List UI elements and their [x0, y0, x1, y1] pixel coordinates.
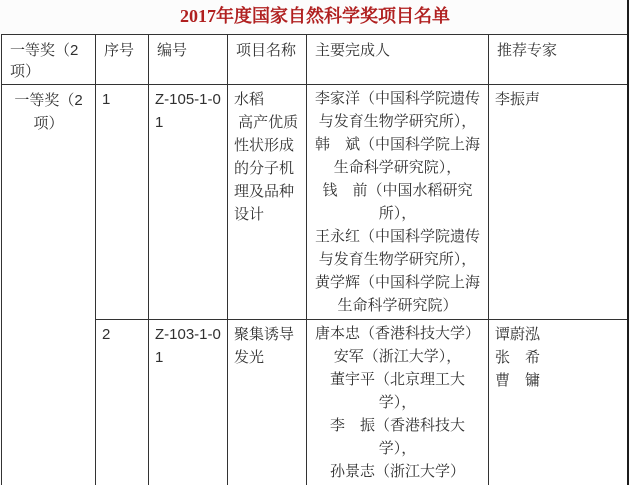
cell-row1-contributors: 李家洋（中国科学院遗传 与发育生物学研究所）， 韩 斌（中国科学院上海 生命科学…: [307, 85, 489, 320]
header-contributors: 主要完成人: [307, 35, 489, 85]
cell-row1-seq: 1: [96, 85, 149, 320]
cell-row2-project: 聚集诱导 发光: [228, 320, 307, 485]
cell-row1-project: 水稻 高产优质 性状形成 的分子机 理及品种 设计: [228, 85, 307, 320]
header-seq: 序号: [96, 35, 149, 85]
header-recommenders: 推荐专家: [489, 35, 629, 85]
cell-row2-code: Z-103-1-0 1: [149, 320, 228, 485]
right-edge-line: [627, 0, 629, 485]
header-code: 编号: [149, 35, 228, 85]
cell-row2-contributors: 唐本忠（香港科技大学） 安军（浙江大学）， 董宇平（北京理工大 学）， 李 振（…: [307, 320, 489, 485]
table-row-1: 一等奖（2 项） 1 Z-105-1-0 1 水稻 高产优质 性状形成 的分子机…: [2, 85, 629, 320]
table-row-2: 2 Z-103-1-0 1 聚集诱导 发光 唐本忠（香港科技大学） 安军（浙江大…: [2, 320, 629, 485]
table-header-row: 一等奖（2 项） 序号 编号 项目名称 主要完成人 推荐专家: [2, 35, 629, 85]
cell-row2-recommenders: 谭蔚泓 张 希 曹 镛: [489, 320, 629, 485]
header-project: 项目名称: [228, 35, 307, 85]
page: 2017年度国家自然科学奖项目名单 一等奖（2 项） 序号 编号 项目名称 主要…: [0, 0, 630, 485]
cell-row2-seq: 2: [96, 320, 149, 485]
group-cell-first-prize: 一等奖（2 项）: [2, 85, 96, 485]
awards-table: 一等奖（2 项） 序号 编号 项目名称 主要完成人 推荐专家 一等奖（2 项） …: [1, 34, 629, 485]
header-group: 一等奖（2 项）: [2, 35, 96, 85]
cell-row1-recommenders: 李振声: [489, 85, 629, 320]
cell-row1-code: Z-105-1-0 1: [149, 85, 228, 320]
page-title: 2017年度国家自然科学奖项目名单: [0, 0, 630, 34]
